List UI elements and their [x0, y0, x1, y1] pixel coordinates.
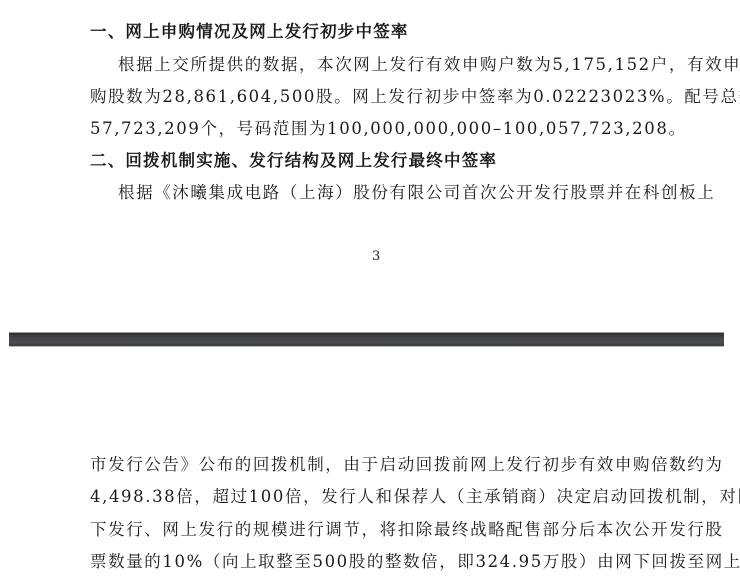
section-1-heading: 一、网上申购情况及网上发行初步中签率	[90, 21, 409, 43]
section-1-paragraph-line-3: 57,723,209个，号码范围为100,000,000,000–100,057…	[90, 118, 687, 140]
paragraph-continuation-line-3: 下发行、网上发行的规模进行调节，将扣除最终战略配售部分后本次公开发行股	[90, 519, 724, 541]
section-2-heading: 二、回拨机制实施、发行结构及网上发行最终中签率	[90, 150, 497, 172]
paragraph-continuation-line-1: 市发行公告》公布的回拨机制，由于启动回拨前网上发行初步有效申购倍数约为	[90, 454, 724, 476]
document-page-bottom: 市发行公告》公布的回拨机制，由于启动回拨前网上发行初步有效申购倍数约为 4,49…	[0, 348, 740, 582]
section-1-paragraph-line-2: 购股数为28,861,604,500股。网上发行初步中签率为0.02223023…	[90, 86, 740, 108]
document-page-top: 一、网上申购情况及网上发行初步中签率 根据上交所提供的数据，本次网上发行有效申购…	[0, 0, 740, 332]
section-1-paragraph-line-1: 根据上交所提供的数据，本次网上发行有效申购户数为5,175,152户，有效申	[118, 54, 740, 76]
page-separator	[9, 332, 724, 347]
page-number: 3	[372, 249, 380, 265]
paragraph-continuation-line-4: 票数量的10%（向上取整至500股的整数倍，即324.95万股）由网下回拨至网上…	[90, 551, 740, 573]
section-2-paragraph-line-1: 根据《沐曦集成电路（上海）股份有限公司首次公开发行股票并在科创板上	[118, 182, 715, 204]
paragraph-continuation-line-2: 4,498.38倍，超过100倍，发行人和保荐人（主承销商）决定启动回拨机制，对…	[90, 486, 740, 508]
